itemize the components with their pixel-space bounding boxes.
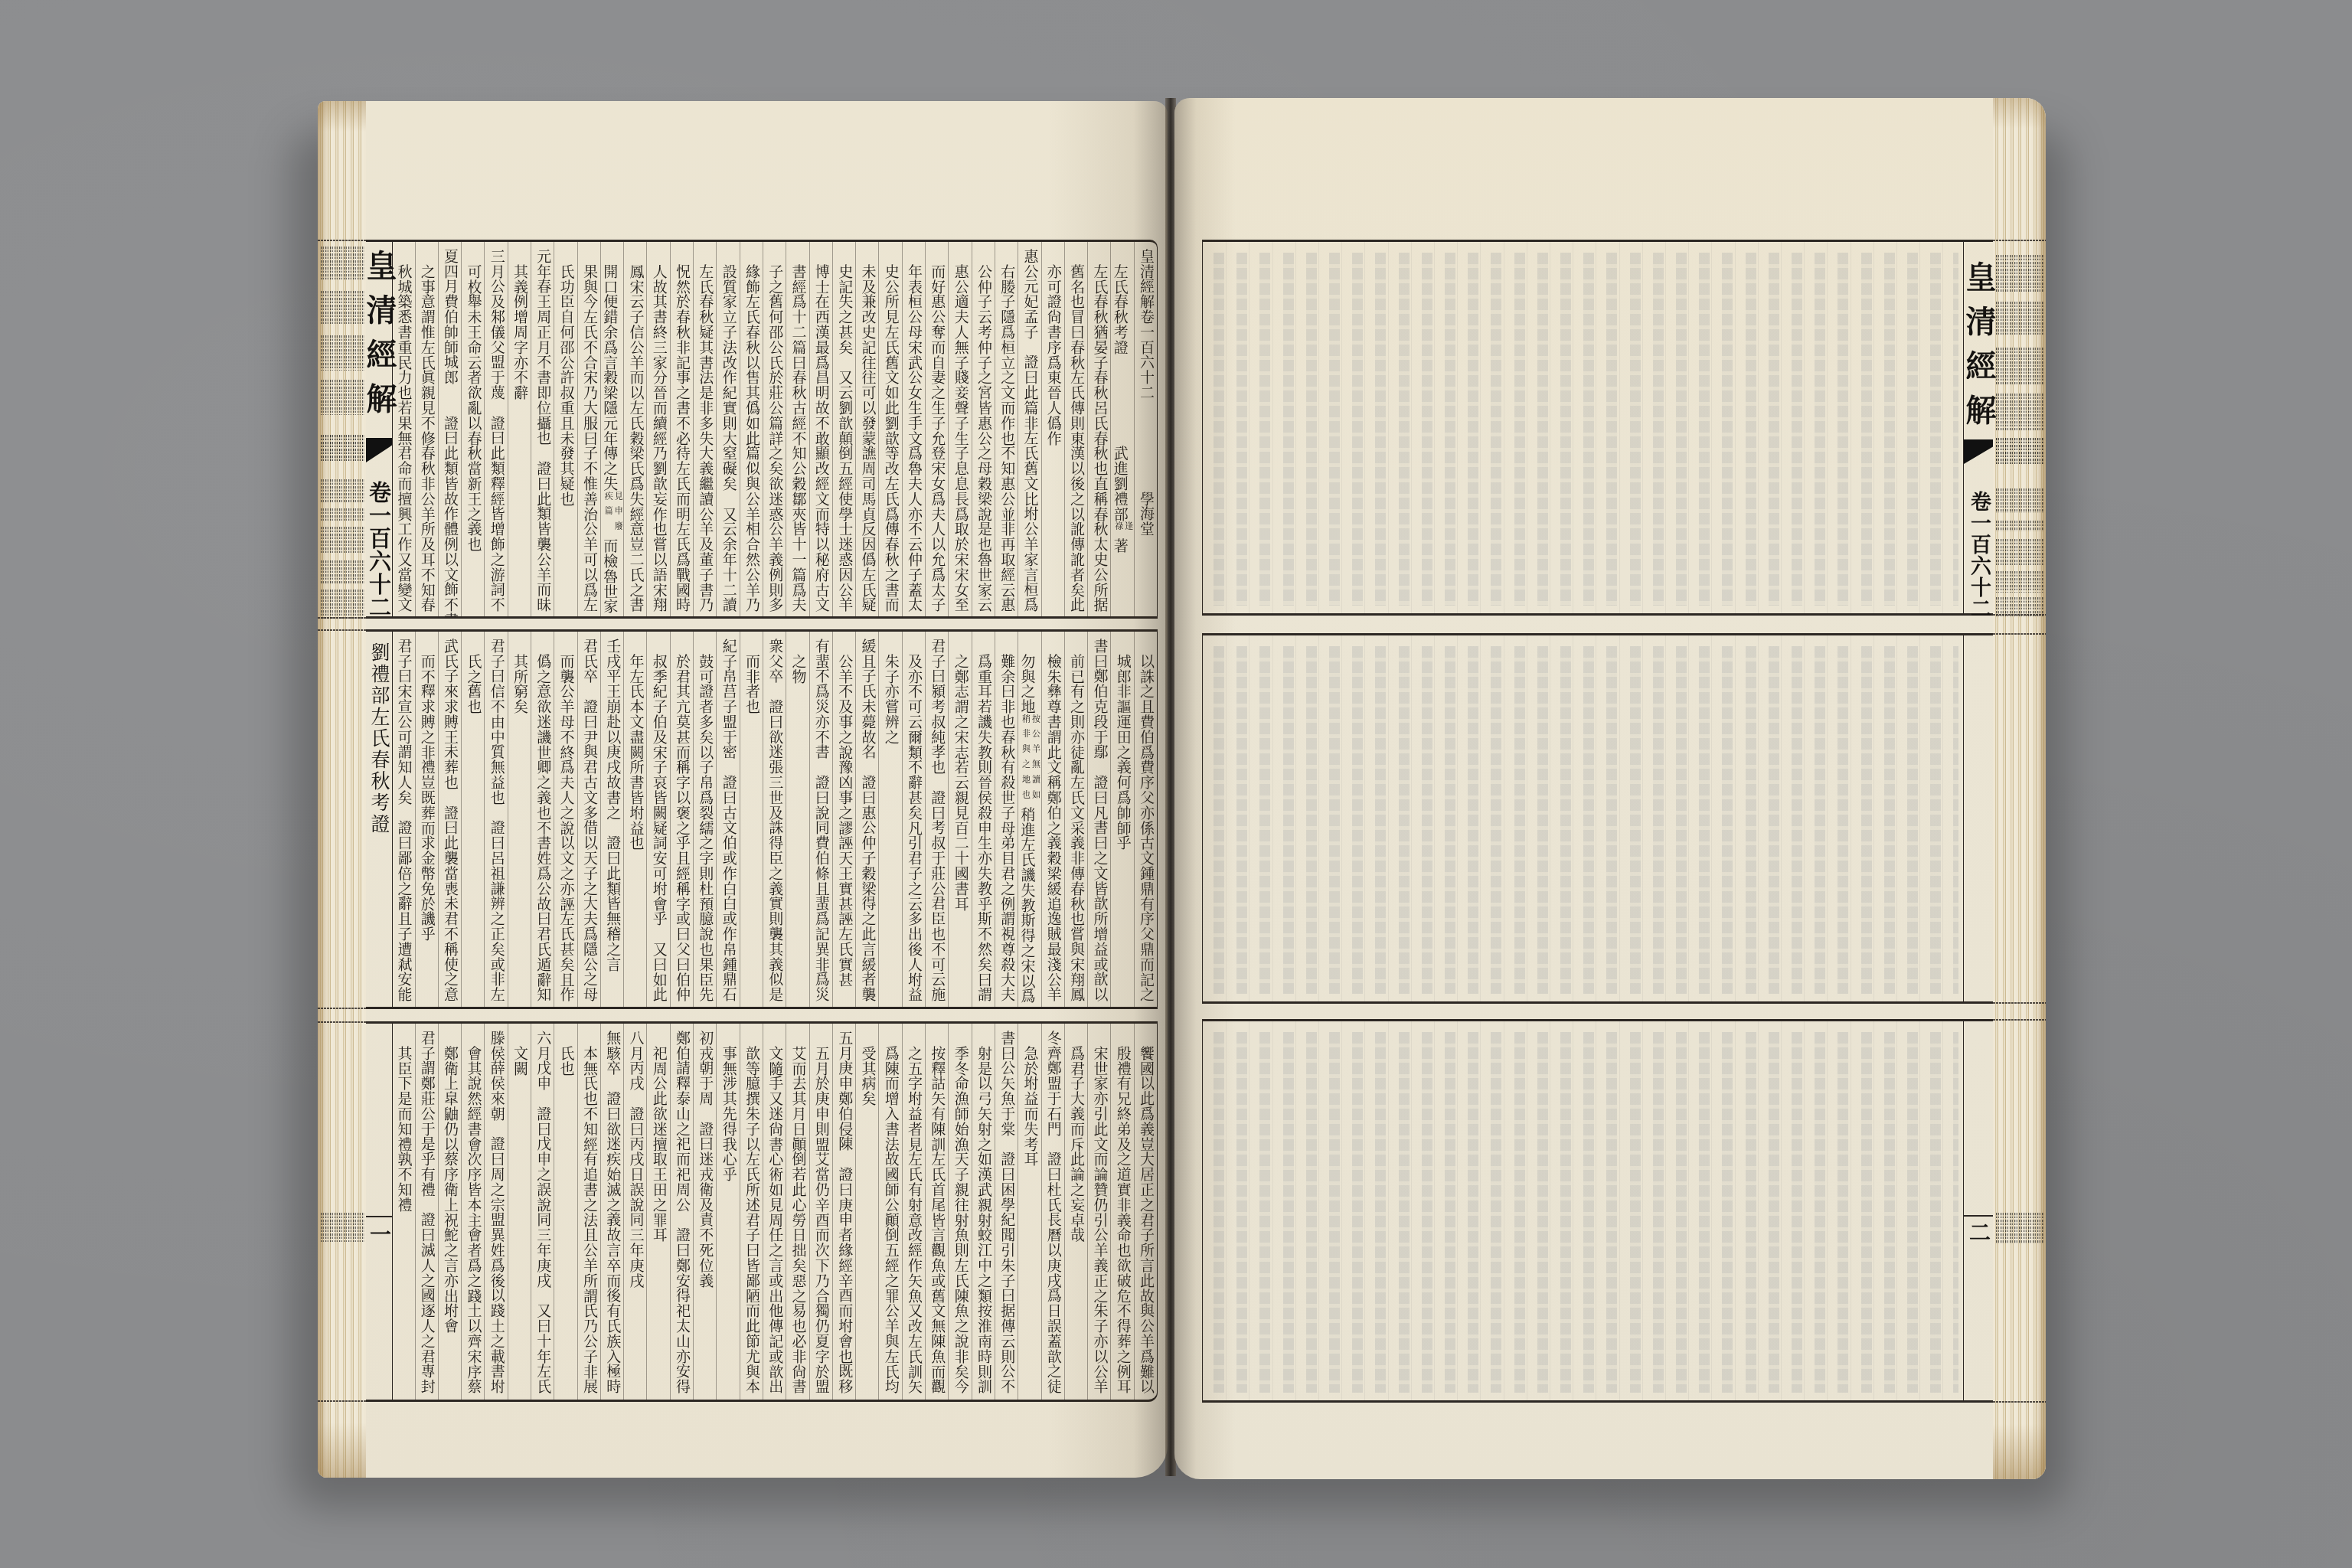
- text-column: 惠公元妃孟子 證曰此篇非左氏舊文比坿公羊家言桓爲: [1018, 242, 1040, 616]
- text-column: 其臣下是而知禮孰不知禮: [391, 1024, 414, 1400]
- column-text: 祀周公此欲迷擅取王田之罪耳: [651, 1046, 668, 1243]
- text-column: 左氏春秋疑其書法是非多失大義繼讀公羊及董子書乃: [693, 242, 716, 616]
- column-text: 急於坿益而失考耳: [1022, 1046, 1039, 1167]
- text-column: 以誅之且費伯爲費序父亦係古文鍾鼎有序父鼎而記之: [1134, 632, 1157, 1007]
- text-column: 君子曰潁考叔純孝也 證曰考叔于莊公君臣也不可云施: [925, 632, 948, 1007]
- column-text: 開口便錯余爲言穀梁隱元年傳之失: [601, 264, 618, 492]
- column-text: 三月公及邾儀父盟于蔑 證曰此類釋經皆增飾之游詞不: [488, 249, 505, 612]
- ink-smear: [1996, 1213, 2044, 1243]
- column-text: 紀子帛莒子盟于密 證曰古文伯或作白白或作帛鍾鼎石: [720, 639, 737, 1002]
- text-column: 爲重耳若譏失教則晉侯殺申生亦失教乎斯不然矣曰謂: [972, 632, 995, 1007]
- banxin-work-title: 劉禮部左氏春秋考證: [366, 642, 392, 835]
- column-text: 艾而去其月日顚倒若此心勞日拙矣惡之易也必非尙書: [790, 1046, 807, 1394]
- text-column: 夏四月費伯帥師城郎 證曰此類皆故作體例以文飾不書: [438, 242, 461, 616]
- text-column: 亦可證尙書序爲東晉人僞作: [1041, 242, 1064, 616]
- column-text: 而襲公羊母不終爲夫人之說以文之亦誣左氏甚矣且作: [558, 654, 575, 1002]
- text-column: 鄭衛上皐鼬仍以蔡序衛上祝鮀之言亦出坿會: [438, 1024, 461, 1400]
- text-column: 紀子帛莒子盟于密 證曰古文伯或作白白或作帛鍾鼎石: [716, 632, 739, 1007]
- text-column: 及亦不可云爾類不辭甚矣凡引君子之云多出後人坿益: [902, 632, 925, 1007]
- fore-edge-rule: [318, 1008, 366, 1009]
- column-text: 八月丙戌 證曰丙戌日誤說同三年庚戌: [627, 1031, 644, 1289]
- register-lower-blank: [1202, 1019, 1993, 1403]
- text-column: 五月於庚申則盟艾當仍辛酉而次下乃合獨仍夏字於盟: [809, 1024, 832, 1400]
- column-grid: 以誅之且費伯爲費序父亦係古文鍾鼎有序父鼎而記之城郎非謳運田之義何爲帥師乎書曰鄭伯…: [392, 632, 1157, 1007]
- column-text: 於君其亢莫甚而稱字以褒之乎且經稱字或曰父曰伯仲: [674, 654, 691, 1002]
- column-text: 公仲子云考仲子之宮皆惠公之母穀梁說是也魯世家云: [975, 264, 992, 612]
- right-page: 皇清經解 卷一百六十二 二: [1174, 98, 2046, 1479]
- text-column: 有蜚不爲災亦不書 證曰說同費伯條且蜚爲記異非爲災: [809, 632, 832, 1007]
- text-column: 而襲公羊母不終爲夫人之說以文之亦誣左氏甚矣且作: [554, 632, 577, 1007]
- text-column: 舊名也冒曰春秋左氏傳則東漢以後之以訛傳訛者矣此: [1064, 242, 1087, 616]
- show-through-text: [1203, 635, 1964, 1001]
- ink-smear: [1996, 394, 2044, 430]
- column-text: 亦可證尙書序爲東晉人僞作: [1045, 264, 1062, 446]
- fore-edge-rule: [1993, 633, 2046, 635]
- text-column: 爲君子大義而斥此論之妄卓哉: [1064, 1024, 1087, 1400]
- fore-edge-rule: [318, 1400, 366, 1402]
- text-column: 書曰公矢魚于棠 證曰困學紀聞引朱子曰据傳云則公不: [995, 1024, 1018, 1400]
- text-column: 事無涉其先得我心乎: [716, 1024, 739, 1400]
- text-column: 於君其亢莫甚而稱字以褒之乎且經稱字或曰父曰伯仲: [670, 632, 693, 1007]
- photo-scene: 皇清經解 卷一百六十二 劉禮部左氏春秋考證 一 皇清經解卷一百六十二 學海堂左氏…: [0, 0, 2352, 1568]
- column-text: 本無氏也不知經有追書之法且公羊所謂氏乃公子非展: [581, 1046, 598, 1394]
- column-text: 君子曰宋宣公可謂知人矣 證曰鄙倍之辭且子遭弒安能: [396, 639, 413, 1002]
- text-column: 前已有之則亦徒亂左氏文采義非傳春秋也嘗與宋翔鳳: [1064, 632, 1087, 1007]
- text-column: 文闕: [508, 1024, 531, 1400]
- text-column: 左氏春秋考證 武進劉禮部逢祿著: [1110, 242, 1133, 616]
- column-text: 饗國以此爲義豈大居正之君子所言此故與公羊爲難以: [1138, 1046, 1155, 1394]
- column-text: 博士在西漢最爲昌明故不敢顯改經文而特以秘府古文: [813, 264, 830, 612]
- column-text: 爲陳而增入書法故國師公顚倒五經之罪公羊與左氏均: [883, 1046, 900, 1394]
- column-text: 書經爲十二篇曰春秋古經不知公穀鄒夾皆十一篇爲夫: [790, 264, 807, 612]
- ink-smear: [1996, 488, 2044, 513]
- text-column: 城郎非謳運田之義何爲帥師乎: [1110, 632, 1133, 1007]
- text-column: 會其說然經書會次序皆本主會者爲之踐土以齊宋序蔡: [461, 1024, 484, 1400]
- text-column: 受其病矣: [855, 1024, 878, 1400]
- ink-smear: [321, 508, 364, 521]
- text-column: 君氏卒 證曰尹與君古文多借以天子之大夫爲隱公之母: [577, 632, 600, 1007]
- text-column: 文隨手又迷尙書心術如見周任之言或出他傳記或歆出: [763, 1024, 786, 1400]
- column-text: 爲君子大義而斥此論之妄卓哉: [1068, 1046, 1085, 1243]
- text-column: 檢朱彝尊書謂此文稱鄭伯之義穀梁緩追逸賊最淺公羊: [1041, 632, 1064, 1007]
- show-through-text: [1203, 1021, 1964, 1400]
- register-middle-blank: [1202, 633, 1993, 1004]
- column-text: 按釋詁矢有陳訓左氏首尾皆言觀魚或舊文無陳魚而觀: [929, 1046, 946, 1394]
- column-text: 怳然於春秋非記事之書不必待左氏而明左氏爲戰國時: [674, 264, 691, 612]
- banxin-divider: [366, 1216, 392, 1217]
- text-column: 果與今左氏不合宋乃大服曰子不惟善治公羊可以爲左: [577, 242, 600, 616]
- column-text: 君子曰潁考叔純孝也 證曰考叔于莊公君臣也不可云施: [929, 639, 946, 1002]
- text-column: 年左氏本文盡闕所書皆坿益也: [623, 632, 646, 1007]
- text-column: 無駭卒 證曰欲迷疾始滅之義故言卒而後有氏族入極時: [600, 1024, 623, 1400]
- column-text: 其義例增周字亦不辭: [511, 264, 528, 400]
- column-text: 年表桓公母宋武公女生手文爲魯夫人亦不云仲子蓋太: [906, 264, 923, 612]
- text-column: 君子曰宋宣公可謂知人矣 證曰鄙倍之辭且子遭弒安能: [391, 632, 414, 1007]
- column-text: 其臣下是而知禮孰不知禮: [396, 1046, 413, 1213]
- column-text: 稍進左氏譏失教斯得之宋以爲: [1019, 807, 1036, 1004]
- column-text: 鳳宋云子信公羊而以左氏穀梁氏爲失經意豈二氏之書: [627, 264, 644, 612]
- ink-smear: [321, 335, 364, 371]
- column-text: 公羊不及事之說豫凶事之謬誣天王實甚誣左氏實甚: [836, 654, 853, 988]
- text-column: 其所窮矣: [508, 632, 531, 1007]
- text-column: 氏之舊也: [461, 632, 484, 1007]
- text-column: 僞之意欲迷譏世卿之義也不書姓爲公故曰君氏遁辭知: [531, 632, 554, 1007]
- text-column: 怳然於春秋非記事之書不必待左氏而明左氏爲戰國時: [670, 242, 693, 616]
- text-column: 史記失之甚矣 又云劉歆顛倒五經使學士迷惑因公羊: [832, 242, 855, 616]
- ink-smear: [1996, 302, 2044, 335]
- column-text: 無駭卒 證曰欲迷疾始滅之義故言卒而後有氏族入極時: [604, 1031, 621, 1394]
- fore-edge-rule: [318, 1021, 366, 1023]
- ink-smear: [321, 380, 364, 415]
- text-column: 氏功臣自何邵公許叔重且未發其疑也: [554, 242, 577, 616]
- column-text: 夏四月費伯帥師城郎 證曰此類皆故作體例以文飾不書: [442, 249, 459, 616]
- register-upper: 皇清經解卷一百六十二 學海堂左氏春秋考證 武進劉禮部逢祿著左氏春秋猶晏子春秋呂氏…: [366, 240, 1158, 619]
- text-column: 公羊不及事之說豫凶事之謬誣天王實甚誣左氏實甚: [832, 632, 855, 1007]
- text-column: 冬齊鄭盟于石門 證曰杜氏長曆以庚戌爲日誤蓋歆之徒: [1041, 1024, 1064, 1400]
- banxin-title: 皇清經解: [1964, 261, 1993, 439]
- column-text: 六月戊申 證曰戊申之誤說同三年庚戌 又曰十年左氏: [534, 1031, 551, 1394]
- column-text: 惠公元妃孟子 證曰此篇非左氏舊文比坿公羊家言桓爲: [1022, 249, 1039, 612]
- column-text: 歆等臆撰朱子以左氏所述君子曰皆鄙陋而此節尤與本: [743, 1046, 760, 1394]
- text-column: 八月丙戌 證曰丙戌日誤說同三年庚戌: [623, 1024, 646, 1400]
- text-column: 皇清經解卷一百六十二 學海堂: [1134, 242, 1157, 616]
- text-column: 設質家立子法改作紀實則大窒礙矣 又云余年十二讀: [716, 242, 739, 616]
- column-text: 君子曰信不由中質無益也 證曰呂祖謙辨之正矣或非左: [488, 639, 505, 1002]
- text-column: 祀周公此欲迷擅取王田之罪耳: [646, 1024, 669, 1400]
- column-text: 年左氏本文盡闕所書皆坿益也: [627, 654, 644, 851]
- text-column: 壬戌平王崩赴以庚戌故書之 證曰此類皆無稽之言: [600, 632, 623, 1007]
- column-text: 之物: [790, 654, 807, 684]
- column-text: 君氏卒 證曰尹與君古文多借以天子之大夫爲隱公之母: [581, 639, 598, 1002]
- column-text: 文隨手又迷尙書心術如見周任之言或出他傳記或歆出: [766, 1046, 783, 1394]
- interlinear-note: 逢祿: [1114, 521, 1134, 538]
- show-through-text: [1203, 242, 1964, 613]
- column-text: 有蜚不爲災亦不書 證曰說同費伯條且蜚爲記異非爲災: [813, 639, 830, 1002]
- column-text: 而好惠公奪而自妻之生子允登宋女爲夫人以允爲太子: [929, 264, 946, 612]
- column-text: 初戎朝于周 證曰迷戎衛及責不死位義: [697, 1031, 714, 1289]
- column-text: 而不釋求賻之非禮豈既葬而求金幣免於譏乎: [419, 654, 436, 942]
- text-column: 本無氏也不知經有追書之法且公羊所謂氏乃公子非展: [577, 1024, 600, 1400]
- text-column: 勿與之地按公羊無讀如稍非與之地也稍進左氏譏失教斯得之宋以爲: [1018, 632, 1040, 1007]
- column-text: 之事意謂惟左氏眞親見不修春秋非公羊所及耳不知春: [419, 264, 436, 612]
- ink-smear: [1996, 521, 2044, 531]
- ink-smear: [321, 247, 364, 281]
- ink-smear: [321, 1213, 364, 1242]
- column-text: 城郎非謳運田之義何爲帥師乎: [1115, 654, 1132, 851]
- column-text: 朱子亦嘗辨之: [883, 654, 900, 745]
- column-text: 左氏春秋疑其書法是非多失大義繼讀公羊及董子書乃: [697, 264, 714, 612]
- column-text: 文闕: [511, 1046, 528, 1076]
- text-column: 而不釋求賻之非禮豈既葬而求金幣免於譏乎: [415, 632, 438, 1007]
- text-column: 六月戊申 證曰戊申之誤說同三年庚戌 又曰十年左氏: [531, 1024, 554, 1400]
- left-page: 皇清經解 卷一百六十二 劉禮部左氏春秋考證 一 皇清經解卷一百六十二 學海堂左氏…: [318, 101, 1168, 1478]
- column-text: 果與今左氏不合宋乃大服曰子不惟善治公羊可以爲左: [581, 264, 598, 612]
- text-column: 史公所見左氏舊文如此劉歆等改左氏爲傳春秋之書而: [878, 242, 901, 616]
- text-column: 射是以弓矢射之如漢武親射蛟江中之類按淮南時則訓: [972, 1024, 995, 1400]
- banxin-title: 皇清經解: [366, 250, 392, 427]
- ink-smear: [1996, 438, 2044, 465]
- text-column: 難余曰非也春秋有殺世子母弟目君之例謂視尊殺大夫: [995, 632, 1018, 1007]
- text-column: 之鄭志謂之宋志若云親見百二十國書耳: [948, 632, 971, 1007]
- column-text: 人故其書終三家分晉而續經乃劉歆妄作也嘗以語宋翔: [651, 264, 668, 612]
- column-text: 鄭伯請釋泰山之祀而祀周公 證曰鄭安得祀太山亦安得: [674, 1031, 691, 1394]
- text-column: 武氏子來求賻王未葬也 證曰此襲當喪未君不稱使之意: [438, 632, 461, 1007]
- banxin-divider: [1964, 1215, 1993, 1217]
- text-column: 饗國以此爲義豈大居正之君子所言此故與公羊爲難以: [1134, 1024, 1157, 1400]
- column-text: 秋城築悉書重民力也若果無君命而擅興工作又當變文: [396, 264, 413, 612]
- ink-smear: [1996, 255, 2044, 292]
- text-column: 君子謂鄭莊公于是乎有禮 證曰滅人之國逐人之君專封: [415, 1024, 438, 1400]
- column-text: 前已有之則亦徒亂左氏文采義非傳春秋也嘗與宋翔鳳: [1068, 654, 1085, 1002]
- column-text: 右媵子隱爲桓立之文而作也不知惠公並非再取經云惠: [998, 264, 1015, 612]
- ink-smear: [321, 560, 364, 583]
- text-column: 未及兼改史記往往可以發蒙譙周司馬貞反因僞左氏疑: [855, 242, 878, 616]
- column-text: 氏也: [558, 1046, 575, 1076]
- text-column: 歆等臆撰朱子以左氏所述君子曰皆鄙陋而此節尤與本: [740, 1024, 763, 1400]
- register-upper-blank: [1202, 240, 1993, 616]
- text-column: 之事意謂惟左氏眞親見不修春秋非公羊所及耳不知春: [415, 242, 438, 616]
- column-text: 著: [1112, 538, 1129, 554]
- ink-smear: [321, 527, 364, 553]
- text-column: 衆父卒 證曰欲迷張三世及誅得臣之義實則襲其義似是: [763, 632, 786, 1007]
- column-text: 冬齊鄭盟于石門 證曰杜氏長曆以庚戌爲日誤蓋歆之徒: [1045, 1031, 1062, 1394]
- column-text: 左氏春秋猶晏子春秋呂氏春秋也直稱春秋太史公所据: [1091, 264, 1108, 612]
- column-text: 滕侯薛侯來朝 證曰周之宗盟異姓爲後以踐土之載書坿: [488, 1031, 505, 1394]
- ink-smear: [321, 435, 364, 462]
- column-text: 設質家立子法改作紀實則大窒礙矣 又云余年十二讀: [720, 264, 737, 612]
- text-column: 氏也: [554, 1024, 577, 1400]
- text-column: 人故其書終三家分晉而續經乃劉歆妄作也嘗以語宋翔: [646, 242, 669, 616]
- column-text: 以誅之且費伯爲費序父亦係古文鍾鼎有序父鼎而記之: [1138, 654, 1155, 1002]
- text-column: 元年春王周正月不書即位攝也 證曰此類皆襲公羊而昧: [531, 242, 554, 616]
- column-text: 緩且子氏未薨故名 證曰惠公仲子穀梁得之此言緩者襲: [859, 639, 876, 1002]
- ink-smear: [321, 479, 364, 502]
- fore-edge-rule: [318, 617, 366, 619]
- text-column: 年表桓公母宋武公女生手文爲魯夫人亦不云仲子蓋太: [902, 242, 925, 616]
- column-text: 元年春王周正月不書即位攝也 證曰此類皆襲公羊而昧: [534, 249, 551, 612]
- text-column: 書經爲十二篇曰春秋古經不知公穀鄒夾皆十一篇爲夫: [786, 242, 808, 616]
- column-text: 氏功臣自何邵公許叔重且未發其疑也: [558, 264, 575, 507]
- column-text: 鄭衛上皐鼬仍以蔡序衛上祝鮀之言亦出坿會: [442, 1046, 459, 1334]
- column-text: 爲重耳若譏失教則晉侯殺申生亦失教乎斯不然矣曰謂: [975, 654, 992, 1002]
- column-text: 皇清經解卷一百六十二 學海堂: [1138, 249, 1155, 537]
- text-column: 君子曰信不由中質無益也 證曰呂祖謙辨之正矣或非左: [484, 632, 507, 1007]
- text-column: 緣飾左氏春秋以售其僞如此篇似與公羊相合然公羊乃: [740, 242, 763, 616]
- column-text: 君子謂鄭莊公于是乎有禮 證曰滅人之國逐人之君專封: [419, 1031, 436, 1394]
- column-grid: 饗國以此爲義豈大居正之君子所言此故與公羊爲難以殷禮有兄終弟及之道實非義命也欲破危…: [392, 1024, 1157, 1400]
- column-text: 氏之舊也: [465, 654, 482, 714]
- column-text: 壬戌平王崩赴以庚戌故書之 證曰此類皆無稽之言: [604, 639, 621, 972]
- text-column: 鄭伯請釋泰山之祀而祀周公 證曰鄭安得祀太山亦安得: [670, 1024, 693, 1400]
- page-number: 二: [1964, 1221, 1993, 1243]
- column-text: 勿與之地: [1019, 654, 1036, 714]
- text-column: 左氏春秋猶晏子春秋呂氏春秋也直稱春秋太史公所据: [1087, 242, 1110, 616]
- column-text: 惠公適夫人無子賤妾聲子生子息息長爲取於宋宋女至: [952, 264, 969, 612]
- column-text: 事無涉其先得我心乎: [720, 1046, 737, 1182]
- text-column: 之物: [786, 632, 808, 1007]
- banxin-volume: 卷一百六十二: [1964, 491, 1993, 619]
- column-text: 其所窮矣: [511, 654, 528, 714]
- text-column: 五月庚申鄭伯侵陳 證曰庚申者緣經辛酉而坿會也既移: [832, 1024, 855, 1400]
- text-column: 三月公及邾儀父盟于蔑 證曰此類釋經皆增飾之游詞不: [484, 242, 507, 616]
- text-column: 可枚舉未王命云者欲亂以春秋當新王之義也: [461, 242, 484, 616]
- column-text: 及亦不可云爾類不辭甚矣凡引君子之云多出後人坿益: [906, 654, 923, 1002]
- column-text: 宋世家亦引此文而論贊仍引公羊義正之朱子亦以公羊: [1091, 1046, 1108, 1394]
- column-text: 書曰公矢魚于棠 證曰困學紀聞引朱子曰据傳云則公不: [998, 1031, 1015, 1394]
- column-text: 射是以弓矢射之如漢武親射蛟江中之類按淮南時則訓: [975, 1046, 992, 1394]
- column-text: 僞之意欲迷譏世卿之義也不書姓爲公故曰君氏遁辭知: [534, 654, 551, 1002]
- column-text: 殷禮有兄終弟及之道實非義命也欲破危不得葬之例耳: [1115, 1046, 1132, 1394]
- text-column: 宋世家亦引此文而論贊仍引公羊義正之朱子亦以公羊: [1087, 1024, 1110, 1400]
- text-column: 鳳宋云子信公羊而以左氏穀梁氏爲失經意豈二氏之書: [623, 242, 646, 616]
- text-column: 之五字坿益者見左氏有射意改經作矢魚又改左氏訓矢: [902, 1024, 925, 1400]
- column-text: 五月於庚申則盟艾當仍辛酉而次下乃合獨仍夏字於盟: [813, 1046, 830, 1394]
- text-column: 季冬命漁師始漁天子親往射魚則左氏陳魚之說非矣今: [948, 1024, 971, 1400]
- fore-edge-rule: [318, 629, 366, 631]
- text-column: 鼓可證者多矣以子帛爲裂繻之字則杜預臆說也果臣先: [693, 632, 716, 1007]
- register-lower: 饗國以此爲義豈大居正之君子所言此故與公羊爲難以殷禮有兄終弟及之道實非義命也欲破危…: [366, 1021, 1158, 1402]
- text-column: 朱子亦嘗辨之: [878, 632, 901, 1007]
- text-column: 而好惠公奪而自妻之生子允登宋女爲夫人以允爲太子: [925, 242, 948, 616]
- column-text: 而非者也: [743, 654, 760, 714]
- column-text: 史公所見左氏舊文如此劉歆等改左氏爲傳春秋之書而: [883, 264, 900, 612]
- text-column: 開口便錯余爲言穀梁隱元年傳之失見申廢疾篇而檢魯世家: [600, 242, 623, 616]
- column-text: 書曰鄭伯克段于鄢 證曰凡書曰之文皆歆所增益或歆以: [1091, 639, 1108, 1002]
- text-column: 其義例增周字亦不辭: [508, 242, 531, 616]
- text-column: 緩且子氏未薨故名 證曰惠公仲子穀梁得之此言緩者襲: [855, 632, 878, 1007]
- fore-edge-page-stack: [318, 101, 366, 1478]
- text-column: 急於坿益而失考耳: [1018, 1024, 1040, 1400]
- ink-smear: [1996, 571, 2044, 593]
- column-text: 五月庚申鄭伯侵陳 證曰庚申者緣經辛酉而坿會也既移: [836, 1031, 853, 1394]
- ink-smear: [1996, 539, 2044, 565]
- column-text: 之五字坿益者見左氏有射意改經作矢魚又改左氏訓矢: [906, 1046, 923, 1394]
- column-text: 可枚舉未王命云者欲亂以春秋當新王之義也: [465, 264, 482, 552]
- text-column: 滕侯薛侯來朝 證曰周之宗盟異姓爲後以踐土之載書坿: [484, 1024, 507, 1400]
- fore-edge-rule: [1993, 1019, 2046, 1021]
- column-text: 未及兼改史記往往可以發蒙譙周司馬貞反因僞左氏疑: [859, 264, 876, 612]
- text-column: 博士在西漢最爲昌明故不敢顯改經文而特以秘府古文: [809, 242, 832, 616]
- column-text: 舊名也冒曰春秋左氏傳則東漢以後之以訛傳訛者矣此: [1068, 264, 1085, 612]
- column-text: 難余曰非也春秋有殺世子母弟目君之例謂視尊殺大夫: [998, 654, 1015, 1002]
- ink-smear: [1996, 348, 2044, 384]
- text-column: 按釋詁矢有陳訓左氏首尾皆言觀魚或舊文無陳魚而觀: [925, 1024, 948, 1400]
- banxin-volume: 卷一百六十二: [366, 481, 392, 619]
- column-text: 衆父卒 證曰欲迷張三世及誅得臣之義實則襲其義似是: [766, 639, 783, 1002]
- text-column: 爲陳而增入書法故國師公顚倒五經之罪公羊與左氏均: [878, 1024, 901, 1400]
- column-text: 檢朱彝尊書謂此文稱鄭伯之義穀梁緩追逸賊最淺公羊: [1045, 654, 1062, 1002]
- text-column: 叔季紀子伯及宋子哀皆闕疑詞安可坿會乎 又曰如此: [646, 632, 669, 1007]
- text-column: 初戎朝于周 證曰迷戎衛及責不死位義: [693, 1024, 716, 1400]
- ink-smear: [321, 291, 364, 325]
- text-column: 惠公適夫人無子賤妾聲子生子息息長爲取於宋宋女至: [948, 242, 971, 616]
- text-column: 公仲子云考仲子之宮皆惠公之母穀梁說是也魯世家云: [972, 242, 995, 616]
- column-text: 之鄭志謂之宋志若云親見百二十國書耳: [952, 654, 969, 912]
- fore-edge-rule: [1993, 1401, 2046, 1403]
- column-text: 叔季紀子伯及宋子哀皆闕疑詞安可坿會乎 又曰如此: [651, 654, 668, 1002]
- column-text: 史記失之甚矣 又云劉歆顛倒五經使學士迷惑因公羊: [836, 264, 853, 612]
- fore-edge-page-stack: [1993, 98, 2046, 1479]
- column-text: 會其說然經書會次序皆本主會者爲之踐土以齊宋序蔡: [465, 1046, 482, 1394]
- column-text: 鼓可證者多矣以子帛爲裂繻之字則杜預臆說也果臣先: [697, 654, 714, 1002]
- page-number: 一: [366, 1223, 392, 1245]
- column-text: 而檢魯世家: [601, 538, 618, 614]
- column-text: 受其病矣: [859, 1046, 876, 1106]
- text-column: 而非者也: [740, 632, 763, 1007]
- column-text: 緣飾左氏春秋以售其僞如此篇似與公羊相合然公羊乃: [743, 264, 760, 612]
- text-column: 右媵子隱爲桓立之文而作也不知惠公並非再取經云惠: [995, 242, 1018, 616]
- interlinear-note: 按公羊無讀如稍非與之地也: [1021, 714, 1041, 807]
- column-text: 左氏春秋考證 武進劉禮部: [1112, 264, 1129, 522]
- fore-edge-rule: [1993, 614, 2046, 616]
- column-grid: 皇清經解卷一百六十二 學海堂左氏春秋考證 武進劉禮部逢祿著左氏春秋猶晏子春秋呂氏…: [392, 242, 1157, 616]
- column-text: 武氏子來求賻王未葬也 證曰此襲當喪未君不稱使之意: [442, 639, 459, 1002]
- fore-edge-rule: [1993, 1002, 2046, 1004]
- ink-smear: [321, 590, 364, 619]
- text-column: 書曰鄭伯克段于鄢 證曰凡書曰之文皆歆所增益或歆以: [1087, 632, 1110, 1007]
- column-text: 子之舊何邵公氏於莊公篇詳之矣欲迷惑公羊義例則多: [766, 264, 783, 612]
- text-column: 艾而去其月日顚倒若此心勞日拙矣惡之易也必非尙書: [786, 1024, 808, 1400]
- column-text: 季冬命漁師始漁天子親往射魚則左氏陳魚之說非矣今: [952, 1046, 969, 1394]
- fore-edge-rule: [1993, 240, 2046, 241]
- register-middle: 以誅之且費伯爲費序父亦係古文鍾鼎有序父鼎而記之城郎非謳運田之義何爲帥師乎書曰鄭伯…: [366, 629, 1158, 1009]
- fore-edge-rule: [318, 240, 366, 241]
- text-column: 子之舊何邵公氏於莊公篇詳之矣欲迷惑公羊義例則多: [763, 242, 786, 616]
- text-column: 殷禮有兄終弟及之道實非義命也欲破危不得葬之例耳: [1110, 1024, 1133, 1400]
- interlinear-note: 見申廢疾篇: [603, 492, 623, 538]
